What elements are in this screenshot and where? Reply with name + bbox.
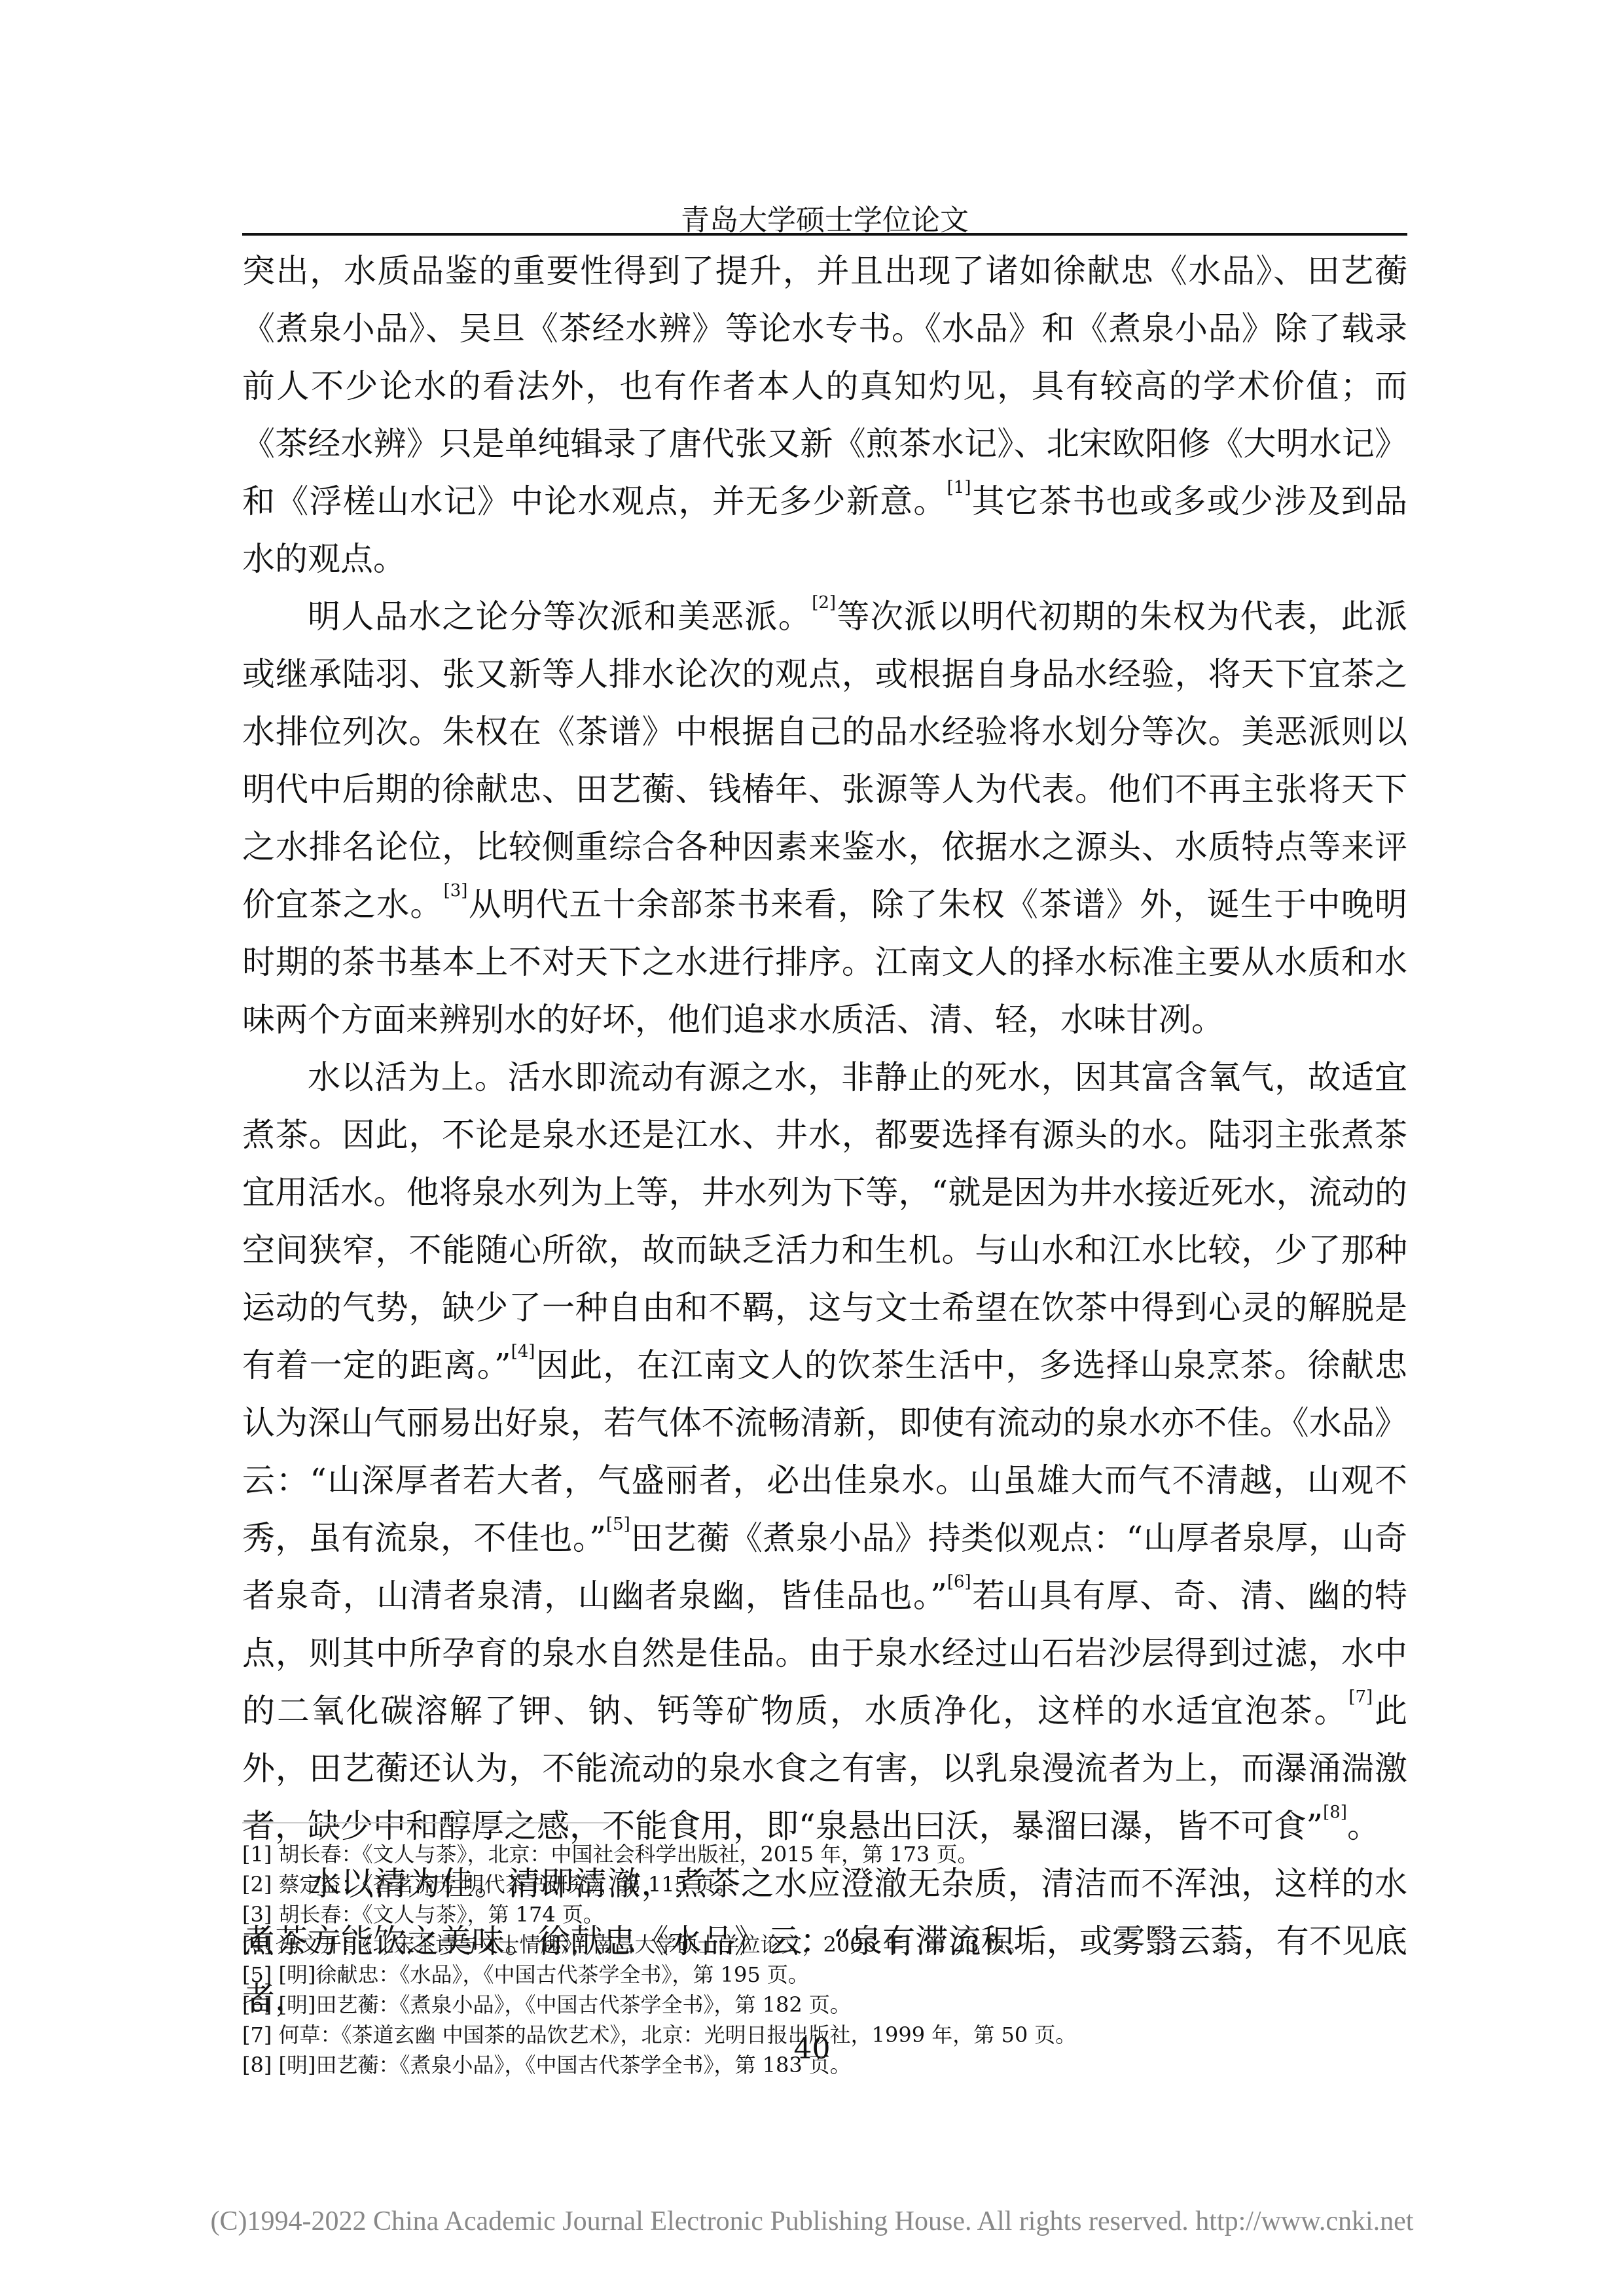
footnote-rule <box>242 1822 609 1823</box>
paragraph: 明人品水之论分等次派和美恶派。[2]等次派以明代初期的朱权为代表，此派或继承陆羽… <box>242 588 1407 1049</box>
header-rule <box>242 233 1407 236</box>
footnote-ref[interactable]: [2] <box>812 593 836 613</box>
paragraph: 突出，水质品鉴的重要性得到了提升，并且出现了诸如徐献忠《水品》、田艺蘅《煮泉小品… <box>242 242 1407 588</box>
paragraph: 水以活为上。活水即流动有源之水，非静止的死水，因其富含氧气，故适宜煮茶。因此，不… <box>242 1049 1407 1855</box>
footnote-ref[interactable]: [7] <box>1348 1687 1373 1707</box>
footnote-item: [6] [明]田艺蘅：《煮泉小品》，《中国古代茶学全书》，第 182 页。 <box>242 1990 1076 2020</box>
footnote-ref[interactable]: [5] <box>606 1515 630 1534</box>
footnote-item: [5] [明]徐献忠：《水品》，《中国古代茶学全书》，第 195 页。 <box>242 1960 1076 1990</box>
footnote-ref[interactable]: [4] <box>511 1342 535 1361</box>
footnote-ref[interactable]: [6] <box>947 1572 971 1592</box>
footnote-ref[interactable]: [3] <box>444 881 468 901</box>
footnote-ref[interactable]: [1] <box>947 478 971 497</box>
footnote-item: [1] 胡长春：《文人与茶》，北京：中国社会科学出版社，2015 年，第 173… <box>242 1839 1076 1869</box>
footnote-item: [4] 冯文开：《北宋茶诗与文士情趣》，南昌大学硕士学位论文，2006 年，第 … <box>242 1929 1076 1960</box>
page-number: 40 <box>0 2032 1624 2066</box>
footnote-ref[interactable]: [8] <box>1323 1803 1347 1822</box>
copyright-footer: (C)1994-2022 China Academic Journal Elec… <box>0 2206 1624 2237</box>
footnote-item: [3] 胡长春：《文人与茶》，第 174 页。 <box>242 1899 1076 1929</box>
running-header: 青岛大学硕士学位论文 <box>242 196 1407 238</box>
body-text: 突出，水质品鉴的重要性得到了提升，并且出现了诸如徐献忠《水品》、田艺蘅《煮泉小品… <box>242 242 1407 2028</box>
footnote-item: [2] 蔡定益：《香茗流芳 明代茶书研究》，第 115 页。 <box>242 1869 1076 1899</box>
